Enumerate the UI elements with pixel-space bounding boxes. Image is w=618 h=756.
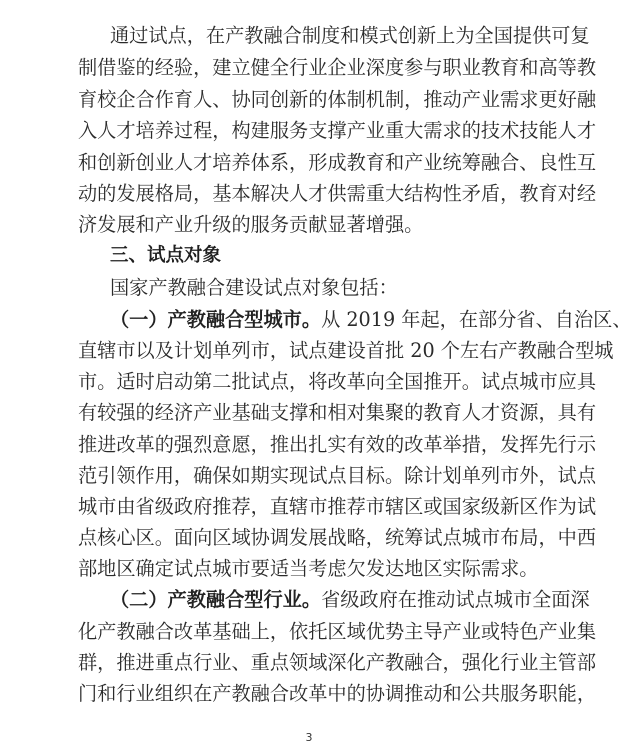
section-heading: 三、试点对象 <box>110 240 542 271</box>
item2-label: （二）产教融合型行业。 <box>110 588 321 611</box>
paragraph-line: 和创新创业人才培养体系，形成教育和产业统筹融合、良性互 <box>78 147 542 178</box>
paragraph-line: 育校企合作育人、协同创新的体制机制，推动产业需求更好融 <box>78 84 542 115</box>
paragraph-line: 入人才培养过程，构建服务支撑产业重大需求的技术技能人才 <box>78 115 542 146</box>
document-page: 通过试点，在产教融合制度和模式创新上为全国提供可复 制借鉴的经验，建立健全行业企… <box>0 0 618 756</box>
paragraph-line: 推进改革的强烈意愿，推出扎实有效的改革举措，发挥先行示 <box>78 429 542 460</box>
paragraph-line: 济发展和产业升级的服务贡献显著增强。 <box>78 209 542 240</box>
paragraph-line: 通过试点，在产教融合制度和模式创新上为全国提供可复 <box>110 20 542 51</box>
paragraph-line: 群，推进重点行业、重点领域深化产教融合，强化行业主管部 <box>78 647 542 678</box>
item1-first-line: （一）产教融合型城市。从 2019 年起，在部分省、自治区、 <box>110 304 542 335</box>
paragraph-line: 有较强的经济产业基础支撑和相对集聚的教育人才资源，具有 <box>78 397 542 428</box>
item2-first-line: （二）产教融合型行业。省级政府在推动试点城市全面深 <box>110 584 542 615</box>
paragraph-line: 范引领作用，确保如期实现试点目标。除计划单列市外，试点 <box>78 460 542 491</box>
paragraph-line: 直辖市以及计划单列市，试点建设首批 20 个左右产教融合型城 <box>78 335 542 366</box>
paragraph-line: 点核心区。面向区域协调发展战略，统筹试点城市布局，中西 <box>78 522 542 553</box>
item1-label: （一）产教融合型城市。 <box>110 308 321 331</box>
paragraph-line: 动的发展格局，基本解决人才供需重大结构性矛盾，教育对经 <box>78 178 542 209</box>
paragraph-line: 门和行业组织在产教融合改革中的协调推动和公共服务职能， <box>78 678 542 709</box>
paragraph-line: 制借鉴的经验，建立健全行业企业深度参与职业教育和高等教 <box>78 52 542 83</box>
paragraph-line: 部地区确定试点城市要适当考虑欠发达地区实际需求。 <box>78 553 542 584</box>
paragraph-line: 市。适时启动第二批试点，将改革向全国推开。试点城市应具 <box>78 366 542 397</box>
paragraph-line: 化产教融合改革基础上，依托区域优势主导产业或特色产业集 <box>78 616 542 647</box>
page-number: 3 <box>300 731 318 744</box>
item2-text: 省级政府在推动试点城市全面深 <box>321 588 590 611</box>
intro-line: 国家产教融合建设试点对象包括： <box>110 272 542 303</box>
paragraph-line: 城市由省级政府推荐，直辖市推荐市辖区或国家级新区作为试 <box>78 491 542 522</box>
item1-text: 从 2019 年起，在部分省、自治区、 <box>321 308 618 331</box>
